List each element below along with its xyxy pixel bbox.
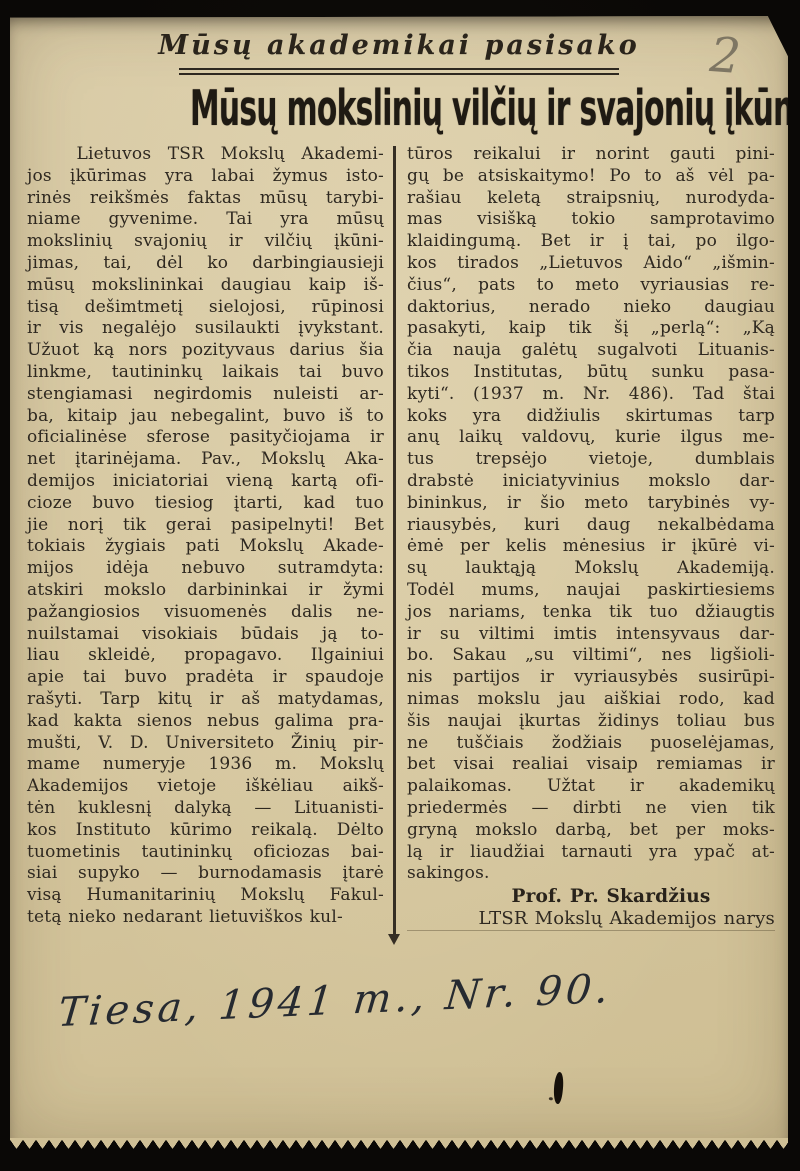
text-line: oficialinėse sferose pasityčiojama ir: [27, 427, 384, 449]
text-line: mūsų mokslininkai daugiau kaip iš-: [27, 275, 384, 297]
text-line: Akademijos vietoje iškėliau aikš-: [27, 776, 384, 798]
signature-author: Prof. Pr. Skardžius: [407, 885, 775, 908]
headline-row: Mūsų mokslinių vilčių ir svajonių įkūnij…: [10, 82, 788, 135]
text-line: rašiau keletą straipsnių, nurodyda-: [407, 188, 775, 210]
text-line: mijos idėja nebuvo sutramdyta:: [27, 558, 384, 580]
text-line: tėn kuklesnį dalyką — Lituanisti-: [27, 798, 384, 820]
text-line: gų be atsiskaitymo! Po to aš vėl pa-: [407, 166, 775, 188]
newspaper-clipping: Mūsų akademikai pasisako 2 Mūsų mokslini…: [10, 16, 788, 1138]
text-line: kos Instituto kūrimo reikalą. Dėlto: [27, 820, 384, 842]
text-line: Užuot ką nors pozityvaus darius šia: [27, 340, 384, 362]
text-line: palaikomas. Užtat ir akademikų: [407, 776, 775, 798]
text-line: Lietuvos TSR Mokslų Akademi-: [27, 144, 384, 166]
text-line: kos tirados „Lietuvos Aido“ „išmin-: [407, 253, 775, 275]
text-line: čia nauja galėtų sugalvoti Lituanis-: [407, 340, 775, 362]
text-line: tokiais žygiais pati Mokslų Akade-: [27, 536, 384, 558]
text-line: visą Humanitarinių Mokslų Fakul-: [27, 885, 384, 907]
text-line: priedermės — dirbti ne vien tik: [407, 798, 775, 820]
text-line: stengiamasi negirdomis nuleisti ar-: [27, 384, 384, 406]
text-line: cioze buvo tiesiog įtarti, kad tuo: [27, 493, 384, 515]
text-line: rašyti. Tarp kitų ir aš matydamas,: [27, 689, 384, 711]
text-line: Todėl mums, naujai paskirtiesiems: [407, 580, 775, 602]
text-line: nis partijos ir vyriausybės susirūpi-: [407, 667, 775, 689]
text-line: mokslinių svajonių ir vilčių įkūni-: [27, 231, 384, 253]
text-line: nuilstamai visokiais būdais ją to-: [27, 624, 384, 646]
text-line: nimas mokslu jau aiškiai rodo, kad: [407, 689, 775, 711]
text-line: sakingos.: [407, 863, 775, 885]
text-line: klaidingumą. Bet ir į tai, po ilgo-: [407, 231, 775, 253]
text-line: jos nariams, tenka tik tuo džiaugtis: [407, 602, 775, 624]
text-line: ir vis negalėjo susilaukti įvykstant.: [27, 318, 384, 340]
text-line: tisą dešimtmetį sielojosi, rūpinosi: [27, 297, 384, 319]
text-line: siai supyko — burnodamasis įtarė: [27, 863, 384, 885]
text-line: anų laikų valdovų, kurie ilgus me-: [407, 427, 775, 449]
text-line: daktorius, nerado nieko daugiau: [407, 297, 775, 319]
kicker-row: Mūsų akademikai pasisako: [10, 30, 788, 61]
perforated-bottom-edge: [10, 1138, 788, 1149]
text-line: tetą nieko nedarant lietuviškos kul-: [27, 907, 384, 929]
text-line: net įtarinėjama. Pav., Mokslų Aka-: [27, 449, 384, 471]
text-line: jimas, tai, dėl ko darbingiausieji: [27, 253, 384, 275]
column-right: tūros reikalui ir norint gauti pini-gų b…: [407, 144, 775, 930]
text-line: ne tuščiais žodžiais puoselėjamas,: [407, 733, 775, 755]
column-right-lines: tūros reikalui ir norint gauti pini-gų b…: [407, 144, 775, 885]
text-line: sų lauktąją Mokslų Akademiją.: [407, 558, 775, 580]
text-line: gryną mokslo darbą, bet per moks-: [407, 820, 775, 842]
text-line: pasakyti, kaip tik šį „perlą“: „Ką: [407, 318, 775, 340]
text-line: lą ir liaudžiai tarnauti yra ypač at-: [407, 842, 775, 864]
text-line: ba, kitaip jau nebegalint, buvo iš to: [27, 406, 384, 428]
text-line: linkme, tautininkų laikais tai buvo: [27, 362, 384, 384]
text-line: niame gyvenime. Tai yra mūsų: [27, 209, 384, 231]
text-line: rinės reikšmės faktas mūsų tarybi-: [27, 188, 384, 210]
divider-arrow-tip: [388, 934, 400, 945]
text-line: bet visai realiai visaip remiamas ir: [407, 754, 775, 776]
column-divider-rule: [393, 146, 396, 936]
ink-blot: [552, 1072, 564, 1105]
text-line: kyti“. (1937 m. Nr. 486). Tad štai: [407, 384, 775, 406]
text-line: tūros reikalui ir norint gauti pini-: [407, 144, 775, 166]
text-line: drabstė iniciatyvinius mokslo dar-: [407, 471, 775, 493]
text-line: jie norį tik gerai pasipelnyti! Bet: [27, 515, 384, 537]
kicker-double-rule: [179, 68, 619, 75]
text-line: čius“, pats to meto vyriausias re-: [407, 275, 775, 297]
text-line: tikos Institutas, būtų sunku pasa-: [407, 362, 775, 384]
text-line: apie tai buvo pradėta ir spaudoje: [27, 667, 384, 689]
text-line: bininkus, ir šio meto tarybinės vy-: [407, 493, 775, 515]
text-line: jos įkūrimas yra labai žymus isto-: [27, 166, 384, 188]
text-line: mame numeryje 1936 m. Mokslų: [27, 754, 384, 776]
text-line: bo. Sakau „su viltimi“, nes ligšioli-: [407, 645, 775, 667]
text-line: ėmė per kelis mėnesius ir įkūrė vi-: [407, 536, 775, 558]
text-line: liau skleidė, propagavo. Ilgainiui: [27, 645, 384, 667]
text-line: mušti, V. D. Universiteto Žinių pir-: [27, 733, 384, 755]
text-line: atskiri mokslo darbininkai ir žymi: [27, 580, 384, 602]
text-line: riausybės, kuri daug nekalbėdama: [407, 515, 775, 537]
handwritten-source-note: Tiesa, 1941 m., Nr. 90.: [56, 966, 614, 1036]
text-line: pažangiosios visuomenės dalis ne-: [27, 602, 384, 624]
signature-title: LTSR Mokslų Akademijos narys: [407, 908, 775, 930]
text-line: demijos iniciatoriai vieną kartą ofi-: [27, 471, 384, 493]
column-left: Lietuvos TSR Mokslų Akademi-jos įkūrimas…: [27, 144, 384, 929]
text-line: tus trepsėjo vietoje, dumblais: [407, 449, 775, 471]
kicker-text: Mūsų akademikai pasisako: [158, 30, 639, 61]
text-line: tuometinis tautininkų oficiozas bai-: [27, 842, 384, 864]
article-headline: Mūsų mokslinių vilčių ir svajonių įkūnij…: [190, 80, 800, 137]
text-line: kad kakta sienos nebus galima pra-: [27, 711, 384, 733]
text-line: mas visišką tokio samprotavimo: [407, 209, 775, 231]
text-line: šis naujai įkurtas židinys toliau bus: [407, 711, 775, 733]
pencil-page-number: 2: [708, 27, 742, 85]
text-line: ir su viltimi imtis intensyvaus dar-: [407, 624, 775, 646]
text-line: koks yra didžiulis skirtumas tarp: [407, 406, 775, 428]
